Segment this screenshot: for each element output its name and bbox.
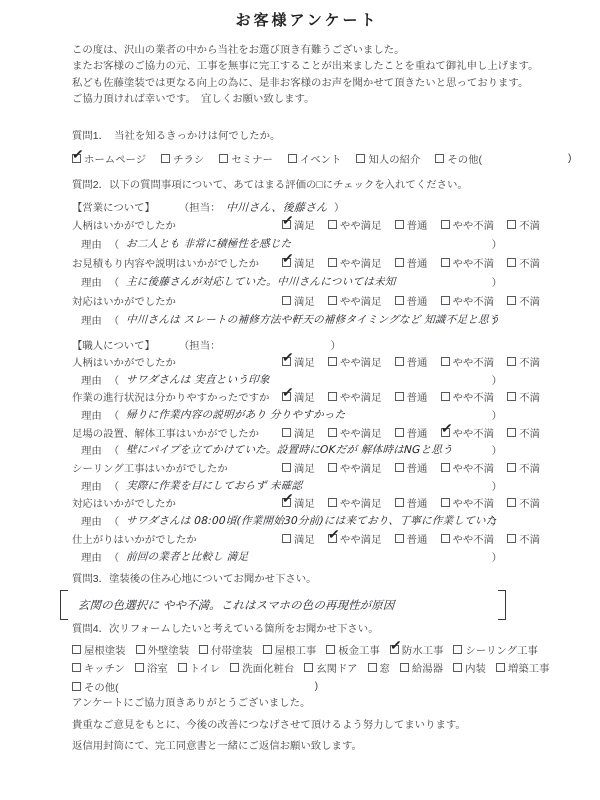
section-heading: 【営業について】 [72, 199, 155, 214]
checkbox-icon [395, 463, 404, 472]
page-title: お客様アンケート [72, 12, 542, 30]
paren-close: ） [492, 236, 502, 251]
question-row: 人柄はいかがでしたか ✓満足やや満足普通やや不満不満 [72, 215, 542, 234]
question-4-row-1: 屋根塗装外壁塗装付帯塗装屋根工事板金工事✓防水工事シーリング工事 [72, 640, 542, 659]
checkbox-icon [328, 357, 337, 366]
checkbox-option[interactable]: 不満 [507, 425, 540, 440]
checkbox-label: その他( [84, 679, 119, 694]
checkbox-label: やや不満 [453, 495, 495, 510]
checkbox-label: やや満足 [340, 354, 382, 369]
checkbox-option-checked[interactable]: ✓満足 [282, 495, 315, 510]
check-icon: ✓ [71, 146, 84, 161]
checkbox-icon [441, 258, 450, 267]
checkbox-option[interactable]: 普通 [395, 255, 428, 270]
reason-label: 理由 [81, 312, 102, 327]
tanto-handwritten-names: 中川さん、後藤さん [220, 199, 334, 215]
checkbox-option[interactable]: 満足 [282, 293, 315, 308]
checkbox-icon [507, 357, 516, 366]
paren-open: （ [109, 442, 119, 457]
checkbox-option[interactable]: 普通 [395, 425, 428, 440]
checkbox-icon [507, 258, 516, 267]
section-sales-heading-row: 【営業について】 （担当： 中川さん、後藤さん ） [72, 199, 542, 215]
intro-paragraph: この度は、沢山の業者の中から当社をお選び頂き有難うございました。 またお客様のご… [72, 43, 542, 109]
question-label: 仕上がりはいかがでしたか [72, 531, 282, 546]
checkbox-option[interactable]: セミナー [219, 151, 273, 166]
checkbox-option[interactable]: やや不満 [441, 217, 495, 232]
checkbox-option-checked[interactable]: ✓満足 [282, 389, 315, 404]
checkbox-icon [395, 258, 404, 267]
checkbox-option[interactable]: 満足 [282, 460, 315, 475]
checkbox-option[interactable]: 満足 [282, 425, 315, 440]
reason-label: 理由 [81, 478, 102, 493]
checkbox-label: ホームページ [84, 151, 146, 166]
checkbox-icon: ✓ [72, 154, 81, 163]
question-3-label: 質問3．塗装後の住み心地についてお聞かせ下さい。 [72, 573, 542, 586]
checkbox-label: 満足 [294, 389, 315, 404]
checkbox-icon [435, 154, 444, 163]
checkbox-label: やや満足 [340, 217, 382, 232]
checkbox-icon [507, 498, 516, 507]
checkbox-label: 普通 [407, 354, 428, 369]
reason-text: 実際に作業を目にしておらず 未確認 [119, 478, 492, 493]
reason-row: 理由 （ サワダさんは 08:00頃(作業開始30分前)には来ており、丁寧に作業… [72, 512, 502, 530]
paren-open: （ [109, 478, 119, 493]
checkbox-option[interactable]: 屋根工事 [263, 642, 317, 657]
check-icon: ✓ [281, 250, 294, 265]
question-label: 人柄はいかがでしたか [72, 217, 282, 232]
paren-close: ） [492, 407, 502, 422]
checkbox-label: シーリング工事 [465, 642, 538, 657]
checkbox-option[interactable]: 玄関ドア [304, 660, 357, 675]
checkbox-label: 普通 [407, 255, 428, 270]
reason-row: 理由 （ 壁にパイプを立てかけていた。設置時にOKだが 解体時はNGと思う ） [72, 441, 502, 459]
checkbox-option[interactable]: 内装 [453, 660, 486, 675]
question-label: 足場の設置、解体工事はいかがでしたか [72, 425, 282, 440]
reason-text: 帰りに作業内容の説明があり 分りやすかった [119, 407, 492, 422]
checkbox-label: 満足 [294, 255, 315, 270]
question-row: 仕上がりはいかがでしたか 満足✓やや満足普通やや不満不満 [72, 530, 542, 548]
checkbox-label: 普通 [407, 389, 428, 404]
checkbox-label: やや満足 [340, 425, 382, 440]
tanto-label: （担当： [179, 199, 221, 214]
question-label: 対応はいかがでしたか [72, 495, 282, 510]
paren-close: ） [492, 372, 502, 387]
checkbox-icon [328, 463, 337, 472]
tanto-label: （担当： [179, 337, 221, 352]
checkbox-option[interactable]: 不満 [507, 460, 540, 475]
checkbox-option-checked[interactable]: ✓やや満足 [328, 531, 382, 546]
reason-text: サワダさんは 実直という印象 [119, 372, 492, 387]
checkbox-icon [328, 392, 337, 401]
checkbox-icon [395, 392, 404, 401]
checkbox-icon [453, 663, 462, 672]
question-label: シーリング工事はいかがでしたか [72, 460, 282, 475]
rating-options: ✓満足やや満足普通やや不満不満 [282, 495, 540, 510]
checkbox-label: 不満 [519, 460, 540, 475]
checkbox-label: 普通 [407, 531, 428, 546]
question-4-row-3: その他() [72, 677, 542, 696]
blank-write-in-field[interactable] [119, 681, 315, 692]
checkbox-option[interactable]: トイレ [178, 660, 221, 675]
checkbox-icon [328, 296, 337, 305]
reason-row: 理由 （ 主に後藤さんが対応していた。中川さんについては未知 ） [72, 272, 502, 291]
checkbox-option[interactable]: 洗面化粧台 [230, 660, 294, 675]
checkbox-option[interactable]: やや満足 [328, 460, 382, 475]
question-row: お見積もり内容や説明はいかがでしたか ✓満足やや満足普通やや不満不満 [72, 253, 542, 272]
checkbox-option[interactable]: その他() [72, 679, 318, 694]
checkbox-label: 満足 [294, 425, 315, 440]
closing-line: アンケートにご協力頂きありがとうございました。 [72, 697, 542, 710]
checkbox-icon [395, 357, 404, 366]
reason-label: 理由 [81, 513, 102, 528]
checkbox-option[interactable]: やや満足 [328, 293, 382, 308]
checkbox-option[interactable]: やや不満 [441, 354, 495, 369]
checkbox-option[interactable]: 普通 [395, 531, 428, 546]
checkbox-option[interactable]: 給湯器 [400, 660, 443, 675]
check-icon: ✓ [327, 526, 340, 541]
question-1-label: 質問1． 当社を知るきっかけは何でしたか。 [72, 130, 542, 143]
checkbox-icon [328, 428, 337, 437]
checkbox-option[interactable]: 不満 [507, 293, 540, 308]
check-icon: ✓ [389, 637, 402, 652]
checkbox-icon [496, 663, 505, 672]
question-3-answer-area[interactable]: 玄関の色選択に やや不満。これはスマホの色の再現性が原因 [60, 590, 506, 620]
checkbox-label: やや満足 [340, 255, 382, 270]
checkbox-label: 不満 [519, 255, 540, 270]
checkbox-icon [72, 682, 81, 691]
intro-line: この度は、沢山の業者の中から当社をお選び頂き有難うございました。 [72, 43, 542, 59]
checkbox-label: やや満足 [340, 293, 382, 308]
checkbox-icon: ✓ [282, 498, 291, 507]
question-3-block: 質問3．塗装後の住み心地についてお聞かせ下さい。 玄関の色選択に やや不満。これ… [72, 573, 542, 620]
checkbox-label: 不満 [519, 389, 540, 404]
checkbox-icon [161, 154, 170, 163]
check-icon: ✓ [440, 420, 453, 435]
checkbox-label: やや不満 [453, 425, 495, 440]
checkbox-icon [230, 663, 239, 672]
checkbox-icon [395, 534, 404, 543]
checkbox-option[interactable]: 屋根塗装 [72, 642, 126, 657]
checkbox-option-checked[interactable]: ✓満足 [282, 255, 315, 270]
checkbox-label: 不満 [519, 531, 540, 546]
checkbox-label: トイレ [190, 660, 221, 675]
checkbox-option[interactable]: シーリング工事 [453, 642, 538, 657]
section-heading: 【職人について】 [72, 337, 155, 352]
section-craftsmen: 【職人について】 （担当： ） 人柄はいかがでしたか ✓満足やや満足普通やや不満… [72, 337, 542, 565]
checkbox-label: やや不満 [453, 389, 495, 404]
checkbox-option[interactable]: 不満 [507, 217, 540, 232]
checkbox-option[interactable]: やや満足 [328, 389, 382, 404]
checkbox-option[interactable]: 増築工事 [496, 660, 550, 675]
checkbox-label: 不満 [519, 495, 540, 510]
survey-page: お客様アンケート この度は、沢山の業者の中から当社をお選び頂き有難うございました… [0, 0, 600, 800]
checkbox-icon [441, 296, 450, 305]
paren-open: （ [109, 372, 119, 387]
checkbox-icon [199, 645, 208, 654]
checkbox-option[interactable]: 不満 [507, 531, 540, 546]
question-2-label: 質問2．以下の質問事項について、あてはまる評価の□にチェックを入れてください。 [72, 179, 542, 192]
closing-line: 返信用封筒にて、完工同意書と一緒にご返信お願い致します。 [72, 740, 542, 753]
checkbox-label: 窓 [380, 660, 390, 675]
checkbox-icon [400, 663, 409, 672]
checkbox-option[interactable]: 普通 [395, 495, 428, 510]
checkbox-icon [507, 428, 516, 437]
reason-label: 理由 [81, 372, 102, 387]
check-icon: ✓ [281, 349, 294, 364]
checkbox-option[interactable]: 知人の紹介 [356, 151, 420, 166]
checkbox-label: やや不満 [453, 354, 495, 369]
check-icon: ✓ [281, 491, 294, 506]
check-icon: ✓ [281, 385, 294, 400]
reason-row: 理由 （ 帰りに作業内容の説明があり 分りやすかった ） [72, 406, 502, 424]
checkbox-option[interactable]: 不満 [507, 255, 540, 270]
checkbox-option[interactable]: やや満足 [328, 217, 382, 232]
checkbox-option[interactable]: 不満 [507, 495, 540, 510]
checkbox-option[interactable]: 普通 [395, 460, 428, 475]
checkbox-label: イベント [300, 151, 342, 166]
checkbox-label: 屋根工事 [275, 642, 317, 657]
blank-write-in-field[interactable] [482, 153, 568, 164]
checkbox-label: 不満 [519, 425, 540, 440]
checkbox-label: 屋根塗装 [84, 642, 126, 657]
checkbox-label: 普通 [407, 425, 428, 440]
question-row: 足場の設置、解体工事はいかがでしたか 満足やや満足普通✓やや不満不満 [72, 423, 542, 441]
checkbox-icon [282, 296, 291, 305]
checkbox-label: 洗面化粧台 [242, 660, 294, 675]
closing-line: 貴重なご意見をもとに、今後の改善につなげさせて頂けるよう努力してまいります。 [72, 719, 542, 732]
rating-options: ✓満足やや満足普通やや不満不満 [282, 217, 540, 232]
checkbox-label: キッチン [84, 660, 125, 675]
checkbox-label: やや満足 [340, 389, 382, 404]
checkbox-label: 普通 [407, 495, 428, 510]
checkbox-option[interactable]: キッチン [72, 660, 125, 675]
checkbox-option[interactable]: やや満足 [328, 354, 382, 369]
checkbox-icon [395, 296, 404, 305]
checkbox-icon [368, 663, 377, 672]
checkbox-option[interactable]: 外壁塗装 [136, 642, 190, 657]
reason-label: 理由 [81, 236, 102, 251]
question-1-options: ✓ホームページチラシセミナーイベント知人の紹介その他() [72, 152, 542, 165]
paren-close: ） [492, 274, 502, 289]
checkbox-icon [135, 663, 144, 672]
reason-text: 主に後藤さんが対応していた。中川さんについては未知 [119, 274, 492, 289]
section-craftsmen-heading-row: 【職人について】 （担当： ） [72, 337, 542, 353]
reason-text: 中川さんは スレートの補修方法や軒天の補修タイミングなど 知識不足と思う [119, 312, 492, 327]
rating-options: 満足やや満足普通やや不満不満 [282, 460, 540, 475]
checkbox-label: 給湯器 [412, 660, 443, 675]
checkbox-icon: ✓ [441, 428, 450, 437]
paren-close: ) [315, 681, 318, 692]
checkbox-option[interactable]: やや満足 [328, 255, 382, 270]
checkbox-icon [441, 463, 450, 472]
checkbox-option[interactable]: やや不満 [441, 460, 495, 475]
checkbox-icon: ✓ [328, 534, 337, 543]
checkbox-option[interactable]: やや不満 [441, 389, 495, 404]
checkbox-label: 付帯塗装 [211, 642, 253, 657]
intro-line: またお客様のご協力の元、工事を無事に完工することが出来ましたことを重ねて御礼申し… [72, 59, 542, 75]
checkbox-label: 不満 [519, 217, 540, 232]
checkbox-option[interactable]: 窓 [368, 660, 390, 675]
question-row: 作業の進行状況は分かりやすかったですか ✓満足やや満足普通やや不満不満 [72, 388, 542, 406]
checkbox-option-checked[interactable]: ✓ホームページ [72, 151, 146, 166]
checkbox-icon [304, 663, 313, 672]
checkbox-option[interactable]: 不満 [507, 389, 540, 404]
checkbox-icon [356, 154, 365, 163]
checkbox-label: チラシ [173, 151, 204, 166]
paren-close: ） [330, 337, 340, 352]
checkbox-icon [326, 645, 335, 654]
checkbox-option[interactable]: 普通 [395, 293, 428, 308]
checkbox-icon [72, 645, 81, 654]
paren-open: （ [109, 513, 119, 528]
checkbox-option[interactable]: やや不満 [441, 255, 495, 270]
checkbox-icon [328, 258, 337, 267]
bracket-left [60, 590, 68, 620]
checkbox-label: 普通 [407, 293, 428, 308]
checkbox-option-checked[interactable]: ✓満足 [282, 354, 315, 369]
checkbox-label: 内装 [465, 660, 486, 675]
checkbox-label: 満足 [294, 531, 315, 546]
checkbox-icon [507, 534, 516, 543]
checkbox-label: やや不満 [453, 217, 495, 232]
reason-label: 理由 [81, 274, 102, 289]
checkbox-icon [328, 220, 337, 229]
paren-close: ) [568, 153, 571, 164]
checkbox-option[interactable]: その他() [435, 151, 571, 166]
checkbox-option[interactable]: やや不満 [441, 495, 495, 510]
checkbox-icon [288, 154, 297, 163]
question-4-options: 屋根塗装外壁塗装付帯塗装屋根工事板金工事✓防水工事シーリング工事 キッチン浴室ト… [72, 640, 542, 696]
question-row: 対応はいかがでしたか ✓満足やや満足普通やや不満不満 [72, 494, 542, 512]
intro-line: ご協力頂ければ幸いです。 宜しくお願い致します。 [72, 92, 542, 108]
checkbox-option-checked[interactable]: ✓満足 [282, 217, 315, 232]
checkbox-icon [507, 220, 516, 229]
checkbox-label: やや不満 [453, 531, 495, 546]
checkbox-icon: ✓ [282, 258, 291, 267]
checkbox-label: 満足 [294, 495, 315, 510]
checkbox-option[interactable]: やや満足 [328, 425, 382, 440]
checkbox-label: セミナー [231, 151, 273, 166]
checkbox-icon [282, 534, 291, 543]
checkbox-label: やや満足 [340, 460, 382, 475]
question-row: 人柄はいかがでしたか ✓満足やや満足普通やや不満不満 [72, 353, 542, 371]
checkbox-icon [453, 645, 462, 654]
question-label: 対応はいかがでしたか [72, 293, 282, 308]
question-label: 作業の進行状況は分かりやすかったですか [72, 389, 282, 404]
paren-open: （ [109, 407, 119, 422]
question-1-block: 質問1． 当社を知るきっかけは何でしたか。 ✓ホームページチラシセミナーイベント… [72, 130, 542, 165]
checkbox-option[interactable]: 浴室 [135, 660, 168, 675]
reason-text: サワダさんは 08:00頃(作業開始30分前)には来ており、丁寧に作業していた [119, 513, 492, 528]
checkbox-label: やや不満 [453, 293, 495, 308]
checkbox-icon [441, 534, 450, 543]
checkbox-icon [507, 392, 516, 401]
checkbox-option-checked[interactable]: ✓やや不満 [441, 425, 495, 440]
question-4-label: 質問4．次リフォームしたいと考えている箇所をお聞かせ下さい。 [72, 623, 542, 636]
checkbox-option[interactable]: 普通 [395, 217, 428, 232]
checkbox-icon [136, 645, 145, 654]
paren-close: ） [334, 199, 344, 214]
checkbox-icon [441, 220, 450, 229]
reason-label: 理由 [81, 442, 102, 457]
checkbox-label: 満足 [294, 460, 315, 475]
paren-close: ） [492, 442, 502, 457]
paren-open: （ [109, 312, 119, 327]
checkbox-label: 不満 [519, 293, 540, 308]
checkbox-label: 満足 [294, 293, 315, 308]
checkbox-icon [282, 428, 291, 437]
reason-text: お二人とも 非常に積極性を感じた [119, 236, 492, 251]
checkbox-option[interactable]: やや満足 [328, 495, 382, 510]
checkbox-option[interactable]: 板金工事 [326, 642, 380, 657]
checkbox-icon [282, 463, 291, 472]
checkbox-option-checked[interactable]: ✓防水工事 [390, 642, 444, 657]
checkbox-label: やや不満 [453, 255, 495, 270]
checkbox-icon [395, 428, 404, 437]
checkbox-icon [441, 498, 450, 507]
checkbox-option[interactable]: 付帯塗装 [199, 642, 253, 657]
paren-open: （ [109, 236, 119, 251]
checkbox-icon: ✓ [282, 357, 291, 366]
checkbox-option[interactable]: やや不満 [441, 531, 495, 546]
reason-label: 理由 [81, 407, 102, 422]
checkbox-icon [507, 463, 516, 472]
checkbox-icon [263, 645, 272, 654]
bracket-right [498, 590, 506, 620]
paren-close: ） [492, 478, 502, 493]
check-icon: ✓ [281, 212, 294, 227]
checkbox-option[interactable]: チラシ [161, 151, 204, 166]
section-sales: 【営業について】 （担当： 中川さん、後藤さん ） 人柄はいかがでしたか ✓満足… [72, 199, 542, 329]
reason-row: 理由 （ 前回の業者と比較し 満足 ） [72, 547, 502, 565]
rating-options: ✓満足やや満足普通やや不満不満 [282, 354, 540, 369]
rating-options: ✓満足やや満足普通やや不満不満 [282, 255, 540, 270]
checkbox-label: 外壁塗装 [148, 642, 190, 657]
checkbox-label: やや満足 [340, 495, 382, 510]
checkbox-icon [219, 154, 228, 163]
reason-label: 理由 [81, 549, 102, 564]
rating-options: 満足やや満足普通✓やや不満不満 [282, 425, 540, 440]
checkbox-icon [507, 296, 516, 305]
checkbox-option[interactable]: 不満 [507, 354, 540, 369]
checkbox-option[interactable]: 普通 [395, 354, 428, 369]
checkbox-icon [178, 663, 187, 672]
closing-paragraph: アンケートにご協力頂きありがとうございました。 貴重なご意見をもとに、今後の改善… [72, 697, 542, 753]
checkbox-label: 知人の紹介 [368, 151, 420, 166]
question-3-answer-text: 玄関の色選択に やや不満。これはスマホの色の再現性が原因 [68, 597, 395, 613]
checkbox-icon [441, 392, 450, 401]
paren-close: ） [492, 549, 502, 564]
checkbox-label: 満足 [294, 217, 315, 232]
reason-text: 壁にパイプを立てかけていた。設置時にOKだが 解体時はNGと思う [119, 442, 492, 457]
checkbox-label: その他( [447, 151, 482, 166]
checkbox-label: 普通 [407, 460, 428, 475]
checkbox-label: 普通 [407, 217, 428, 232]
question-label: 人柄はいかがでしたか [72, 354, 282, 369]
checkbox-option[interactable]: 普通 [395, 389, 428, 404]
checkbox-option[interactable]: イベント [288, 151, 342, 166]
checkbox-option[interactable]: 満足 [282, 531, 315, 546]
checkbox-label: 玄関ドア [316, 660, 357, 675]
question-row: 対応はいかがでしたか 満足やや満足普通やや不満不満 [72, 291, 542, 310]
checkbox-option[interactable]: やや不満 [441, 293, 495, 308]
rating-options: ✓満足やや満足普通やや不満不満 [282, 389, 540, 404]
paren-open: （ [109, 549, 119, 564]
checkbox-label: 増築工事 [508, 660, 550, 675]
checkbox-label: やや不満 [453, 460, 495, 475]
checkbox-icon [328, 498, 337, 507]
checkbox-icon [395, 498, 404, 507]
